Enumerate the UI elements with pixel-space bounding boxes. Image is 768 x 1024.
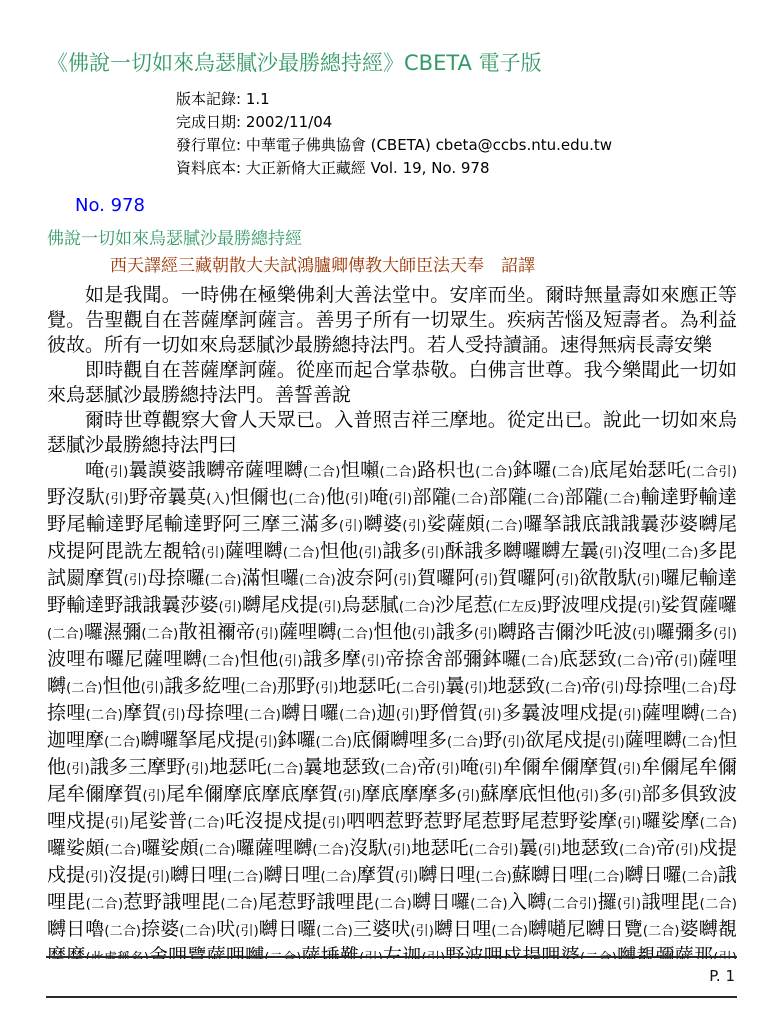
- inline-annotation: (二合引): [396, 681, 445, 696]
- metadata-version-line: 版本記錄: 1.1: [176, 88, 737, 111]
- inline-annotation: (引): [479, 762, 502, 777]
- inline-annotation: (二合): [220, 897, 257, 912]
- inline-annotation: (二合引): [686, 465, 737, 480]
- inline-annotation: (二合): [588, 870, 624, 885]
- inline-annotation: (引): [457, 789, 480, 804]
- page-content: 《佛說一切如來烏瑟膩沙最勝總持經》CBETA 電子版 版本記錄: 1.1 完成日…: [0, 0, 768, 959]
- inline-annotation: (二合): [682, 870, 718, 885]
- inline-annotation: (引): [474, 627, 498, 642]
- inline-annotation: (引): [255, 627, 279, 642]
- inline-annotation: (引): [412, 627, 436, 642]
- inline-annotation: (二合): [303, 465, 340, 480]
- inline-annotation: (引): [186, 762, 209, 777]
- inline-annotation: (引): [618, 762, 641, 777]
- page-footer: P. 1: [46, 956, 737, 998]
- inline-annotation: (二合): [104, 735, 140, 750]
- inline-annotation: (二合): [312, 843, 349, 858]
- inline-annotation: (二合): [700, 816, 737, 831]
- inline-annotation: (引): [142, 789, 165, 804]
- inline-annotation: (引): [421, 546, 445, 561]
- inline-annotation: (引): [359, 546, 383, 561]
- inline-annotation: (引): [502, 735, 525, 750]
- inline-annotation: (引): [141, 681, 164, 696]
- inline-annotation: (引): [601, 681, 624, 696]
- inline-annotation: (引): [361, 654, 385, 669]
- inline-annotation: (引): [105, 816, 129, 831]
- inline-annotation: (二合): [337, 627, 374, 642]
- inline-annotation: (二合): [485, 519, 523, 534]
- inline-annotation: (引): [235, 924, 258, 939]
- inline-annotation: (二合): [374, 897, 411, 912]
- inline-annotation: (二合): [399, 600, 435, 615]
- inline-annotation: (引): [124, 573, 147, 588]
- inline-annotation: (引): [617, 897, 641, 912]
- inline-annotation: (二合): [299, 573, 336, 588]
- inline-annotation: (引): [339, 519, 363, 534]
- inline-annotation: (引): [601, 735, 624, 750]
- inline-annotation: (引): [538, 843, 561, 858]
- metadata-block: 版本記錄: 1.1 完成日期: 2002/11/04 發行單位: 中華電子佛典協…: [176, 88, 737, 180]
- inline-annotation: (二合): [491, 924, 528, 939]
- inline-annotation: (引): [254, 735, 277, 750]
- inline-annotation: (引): [315, 681, 338, 696]
- inline-annotation: (二合): [552, 465, 589, 480]
- inline-annotation: (二合引): [469, 843, 519, 858]
- inline-annotation: (二合): [288, 492, 325, 507]
- inline-annotation: (二合): [475, 870, 511, 885]
- inline-annotation: (引): [617, 816, 641, 831]
- inline-annotation: (引): [345, 492, 369, 507]
- inline-annotation: (二合): [447, 735, 483, 750]
- inline-annotation: (引): [318, 600, 341, 615]
- inline-annotation: (引): [322, 816, 346, 831]
- page-number: P. 1: [46, 958, 737, 996]
- inline-annotation: (二合): [682, 735, 718, 750]
- inline-annotation: (二合): [199, 843, 236, 858]
- inline-annotation: (二合): [142, 627, 179, 642]
- inline-annotation: (引): [338, 789, 361, 804]
- translator-attribution: 西天譯經三藏朝散大夫試鴻臚卿傳教大師臣法天奉 詔譯: [110, 255, 737, 277]
- inline-annotation: (引): [599, 546, 623, 561]
- inline-annotation: (引): [475, 573, 498, 588]
- inline-annotation: (引): [556, 573, 579, 588]
- inline-annotation: (引): [618, 789, 641, 804]
- inline-annotation: (二合): [700, 897, 737, 912]
- inline-annotation: (二合): [617, 654, 654, 669]
- paragraph-opening: 如是我聞。一時佛在極樂佛剎大善法堂中。安庠而坐。爾時無量壽如來應正等覺。告聖觀自…: [47, 283, 737, 358]
- inline-annotation: (二合): [316, 735, 352, 750]
- inline-annotation: (二合): [86, 708, 123, 723]
- document-title: 《佛說一切如來烏瑟膩沙最勝總持經》CBETA 電子版: [47, 50, 737, 77]
- inline-annotation: (引): [637, 573, 660, 588]
- inline-annotation: (二合): [380, 762, 417, 777]
- inline-annotation: (二合): [86, 897, 123, 912]
- dharani-text: 唵(引)曩謨婆誐嚩帝薩哩嚩(二合)怛𡃤(二合)路枳也(二合)鉢囉(二合)底尾始瑟…: [47, 458, 737, 959]
- inline-annotation: (引): [147, 870, 170, 885]
- inline-annotation: (二合): [205, 573, 242, 588]
- inline-annotation: (引): [410, 924, 433, 939]
- paragraph-proclamation: 爾時世尊觀察大會人天眾已。入普照吉祥三摩地。從定出已。說此一切如來烏瑟膩沙最勝總…: [47, 408, 737, 458]
- inline-annotation: (引): [402, 519, 426, 534]
- inline-annotation: (二合): [475, 465, 512, 480]
- inline-annotation: (引): [66, 762, 89, 777]
- inline-annotation: (引): [85, 870, 108, 885]
- inline-annotation: (二合): [187, 816, 224, 831]
- inline-annotation: (引): [675, 843, 698, 858]
- inline-annotation: (二合引): [547, 897, 598, 912]
- inline-annotation: (二合): [545, 681, 581, 696]
- inline-annotation: (引): [388, 492, 412, 507]
- inline-annotation: (二合): [244, 708, 281, 723]
- paragraph-request: 即時觀自在菩薩摩訶薩。從座而起合掌恭敬。白佛言世尊。我今樂聞此一切如來烏瑟膩沙最…: [47, 358, 737, 408]
- inline-annotation: (二合): [380, 465, 417, 480]
- inline-annotation: (入): [206, 492, 230, 507]
- inline-annotation: (引): [219, 600, 242, 615]
- inline-annotation: (二合): [66, 681, 102, 696]
- inline-annotation: (二合): [339, 708, 376, 723]
- inline-annotation: (二合): [179, 924, 216, 939]
- inline-annotation: (引): [104, 465, 128, 480]
- inline-annotation: (二合): [227, 870, 263, 885]
- inline-annotation: (引): [478, 708, 502, 723]
- inline-annotation: (二合): [241, 681, 277, 696]
- inline-annotation: (引): [162, 708, 186, 723]
- inline-annotation: (引): [637, 600, 660, 615]
- inline-annotation: (二合): [105, 843, 142, 858]
- inline-annotation: (二合): [470, 897, 507, 912]
- sutra-body: 如是我聞。一時佛在極樂佛剎大善法堂中。安庠而坐。爾時無量壽如來應正等覺。告聖觀自…: [47, 283, 737, 959]
- inline-annotation: (二合): [527, 492, 564, 507]
- inline-annotation: (引): [674, 654, 698, 669]
- inline-annotation: (二合): [316, 924, 353, 939]
- inline-annotation: (引): [436, 762, 459, 777]
- inline-annotation: (二合): [47, 627, 84, 642]
- document-page: 《佛說一切如來烏瑟膩沙最勝總持經》CBETA 電子版 版本記錄: 1.1 完成日…: [0, 0, 768, 1024]
- inline-annotation: (二合): [603, 492, 640, 507]
- inline-annotation: (二合): [104, 924, 141, 939]
- inline-annotation: (二合): [521, 654, 558, 669]
- inline-annotation: (二合): [321, 870, 357, 885]
- inline-annotation: (引): [632, 627, 656, 642]
- inline-annotation: (仁左反): [493, 600, 542, 615]
- inline-annotation: (引): [396, 708, 420, 723]
- inline-annotation: (引): [388, 843, 411, 858]
- inline-annotation: (二合): [700, 708, 737, 723]
- inline-annotation: (引): [201, 546, 225, 561]
- metadata-date-line: 完成日期: 2002/11/04: [176, 111, 737, 134]
- inline-annotation: (二合): [619, 843, 656, 858]
- inline-annotation: (二合): [202, 654, 239, 669]
- sutra-title: 佛說一切如來烏瑟膩沙最勝總持經: [47, 228, 737, 250]
- inline-annotation: (引): [395, 870, 418, 885]
- footer-rule-bottom: [46, 996, 737, 998]
- inline-annotation: (引): [713, 627, 737, 642]
- inline-annotation: (二合): [283, 546, 320, 561]
- inline-annotation: (引): [393, 573, 416, 588]
- inline-annotation: (二合): [267, 762, 304, 777]
- inline-annotation: (二合): [661, 546, 698, 561]
- inline-annotation: (引): [576, 789, 599, 804]
- inline-annotation: (二合): [643, 924, 680, 939]
- inline-annotation: (二合): [451, 492, 488, 507]
- inline-annotation: (引): [618, 708, 642, 723]
- sutra-number: No. 978: [75, 195, 737, 217]
- inline-annotation: (二合): [681, 681, 717, 696]
- metadata-source-line: 資料底本: 大正新脩大正藏經 Vol. 19, No. 978: [176, 157, 737, 180]
- metadata-publisher-line: 發行單位: 中華電子佛典協會 (CBETA) cbeta@ccbs.ntu.ed…: [176, 134, 737, 157]
- inline-annotation: (引): [279, 654, 303, 669]
- inline-annotation: (引): [105, 492, 129, 507]
- inline-annotation: (引): [464, 681, 487, 696]
